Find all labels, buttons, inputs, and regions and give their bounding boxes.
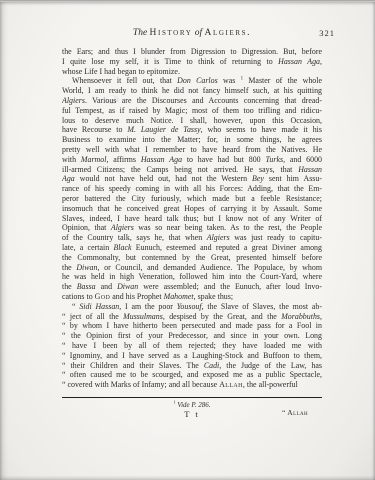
text-line: “ Sidi Hassan, I am the poor Yousouf, th…	[62, 302, 322, 312]
text-segment: Algiers	[62, 96, 85, 105]
text-segment: the	[62, 263, 76, 272]
text-line: “ often caused me to be scourged, and ex…	[62, 370, 322, 380]
text-segment: would not have held out, had not the Wes…	[75, 174, 252, 183]
text-line: Aga would not have held out, had not the…	[62, 174, 322, 184]
page-number: 321	[319, 28, 335, 38]
text-segment: Hassan Aga	[141, 155, 182, 164]
text-segment: , affirms	[106, 155, 140, 164]
page-paper: The History of Algiers. 321 the Ears; an…	[0, 0, 375, 419]
text-line: I quite lose my self, it is Time to thin…	[62, 57, 322, 67]
text-segment: . Various are the Discourses and Account…	[85, 96, 322, 105]
text-segment: Vide P. 286.	[177, 401, 210, 409]
text-segment: Algiers.	[205, 28, 252, 38]
text-segment: , the Slave of Slaves, the most ab-	[202, 302, 322, 311]
text-segment: Allah	[219, 380, 243, 389]
text-segment: late, a certain	[62, 243, 113, 252]
text-segment: Hassan Aga	[278, 57, 320, 66]
text-line: “ have I been by all of them rejected; t…	[62, 341, 322, 351]
text-segment: Hassan	[298, 165, 322, 174]
text-segment: Aga	[62, 174, 75, 183]
text-line: Opinion, that Algiers was so near being …	[62, 223, 322, 233]
text-segment: History	[150, 28, 193, 38]
text-segment: Allah	[287, 408, 308, 417]
text-block: The History of Algiers. 321 the Ears; an…	[62, 27, 322, 419]
text-segment: was so near being taken. As to the rest,…	[134, 223, 322, 232]
text-segment: Master of the whole	[243, 76, 322, 85]
text-segment: Mussulmans	[123, 312, 163, 321]
text-segment: and	[96, 282, 117, 291]
text-segment: The	[133, 28, 150, 38]
text-line: “ ject of all the Mussulmans, despised b…	[62, 312, 322, 322]
text-segment: Cadi	[204, 361, 219, 370]
text-segment: “ by whom I have hitherto been persecute…	[62, 321, 322, 330]
text-segment: Diwan	[76, 263, 97, 272]
text-segment: he was held in high Veneration, followed…	[62, 272, 322, 281]
text-segment: ill-armed Citizens; the Camps being not …	[62, 165, 298, 174]
text-segment: with	[62, 155, 81, 164]
text-line: the Commonalty, but contemned by the Gre…	[62, 253, 322, 263]
text-segment: to have had but 800	[182, 155, 265, 164]
text-line: ill-armed Citizens; the Camps being not …	[62, 165, 322, 175]
text-line: insomuch that he conceived great Hopes o…	[62, 204, 322, 214]
text-segment: Opinion, that	[62, 223, 111, 232]
text-segment: whose Life I had began to epitomize.	[62, 67, 180, 76]
text-segment: ,	[320, 312, 322, 321]
text-segment: of the Country talk, says he, that when	[62, 233, 207, 242]
text-segment: was	[218, 76, 241, 85]
text-line: the Ears; and thus I blunder from Digres…	[62, 47, 322, 57]
text-segment: Bey	[252, 174, 264, 183]
text-line: Whensoever it fell out, that Don Carlos …	[62, 76, 322, 86]
signature-mark: T t	[184, 409, 200, 419]
text-line: pretty well with what I remember to have…	[62, 145, 322, 155]
paragraph: Whensoever it fell out, that Don Carlos …	[62, 76, 322, 301]
text-line: Slaves, indeed, I have heard talk thus; …	[62, 214, 322, 224]
text-line: “ the Opinion first of your Predecessor,…	[62, 331, 322, 341]
text-segment: “ the Opinion first of your Predecessor,…	[62, 331, 322, 340]
text-segment: rance of his speedy coming in with all h…	[62, 184, 322, 193]
text-segment: God	[95, 292, 111, 301]
signature-row: T t “ Allah	[62, 409, 322, 419]
text-segment: Algiers	[111, 223, 134, 232]
text-line: lous to deserve much Notice. I shall, ho…	[62, 116, 322, 126]
text-segment: Morabbuths	[281, 312, 320, 321]
text-segment: Yousouf	[177, 302, 202, 311]
text-line: whose Life I had began to epitomize.	[62, 67, 322, 77]
text-segment: ful Tempest, as if raised by Magic; most…	[62, 106, 322, 115]
page-title: The History of Algiers.	[62, 27, 322, 39]
text-segment: the Ears; and thus I blunder from Digres…	[62, 47, 322, 56]
text-line: cations to God and his Prophet Mahomet, …	[62, 292, 322, 302]
text-segment: Don Carlos	[177, 76, 218, 85]
text-line: “ covered with Marks of Infamy; and all …	[62, 380, 322, 390]
text-line: Business to examine into the Matter; for…	[62, 135, 322, 145]
text-line: Algiers. Various are the Discourses and …	[62, 96, 322, 106]
text-segment: Eunuch, esteemed and reputed a great Div…	[132, 243, 322, 252]
text-line: with Marmol, affirms Hassan Aga to have …	[62, 155, 322, 165]
text-segment: Turks	[265, 155, 283, 164]
text-segment: Business to examine into the Matter; for…	[62, 135, 322, 144]
scan-edge-shadow	[0, 0, 375, 2]
text-segment: “ ject of all the	[62, 312, 123, 321]
text-line: “ their Children and their Slaves. The C…	[62, 361, 322, 371]
text-line: the Bassa and Diwan were assembled; and …	[62, 282, 322, 292]
text-segment: , or Council, and demanded Audience. The…	[98, 263, 322, 272]
text-segment: pretty well with what I remember to have…	[62, 145, 322, 154]
text-segment: World, I am ready to think he did not fa…	[62, 86, 322, 95]
text-segment: “ covered with Marks of Infamy; and all …	[62, 380, 219, 389]
text-segment: cations to	[62, 292, 95, 301]
text-segment: Black	[113, 243, 131, 252]
text-segment: Whensoever it fell out, that	[72, 76, 177, 85]
text-segment: Slaves, indeed, I have heard talk thus; …	[62, 214, 322, 223]
text-segment: insomuch that he conceived great Hopes o…	[62, 204, 322, 213]
text-segment: sent him Assu-	[264, 174, 322, 183]
text-segment: , who seems to have made it his	[201, 125, 322, 134]
body-text: the Ears; and thus I blunder from Digres…	[62, 47, 322, 390]
text-line: have Recourse to M. Laugier de Tassy, wh…	[62, 125, 322, 135]
text-segment: “ often caused me to be scourged, and ex…	[62, 370, 322, 379]
text-line: late, a certain Black Eunuch, esteemed a…	[62, 243, 322, 253]
text-segment: peror battered the City furiously, which…	[62, 194, 322, 203]
text-line: “ by whom I have hitherto been persecute…	[62, 321, 322, 331]
text-line: of the Country talk, says he, that when …	[62, 233, 322, 243]
paragraph: “ Sidi Hassan, I am the poor Yousouf, th…	[62, 302, 322, 390]
text-segment: the	[62, 282, 77, 291]
text-segment: Diwan	[117, 282, 138, 291]
text-segment: , I am the poor	[119, 302, 176, 311]
scanned-book-page: The History of Algiers. 321 the Ears; an…	[0, 0, 375, 480]
text-segment: M. Laugier de Tassy	[127, 125, 200, 134]
text-segment: and his Prophet	[110, 292, 163, 301]
text-segment: , the Judge of the Law, has	[219, 361, 322, 370]
text-segment: Algiers	[207, 233, 230, 242]
page-footer: 1 Vide P. 286. T t “ Allah	[62, 397, 322, 419]
text-segment: were assembled; and the Eunuch, after lo…	[138, 282, 322, 291]
text-segment: Bassa	[77, 282, 96, 291]
text-segment: I quite lose my self, it is Time to thin…	[62, 57, 278, 66]
text-line: peror battered the City furiously, which…	[62, 194, 322, 204]
running-header: The History of Algiers. 321	[62, 27, 322, 40]
text-segment: ,	[320, 57, 322, 66]
text-segment: lous to deserve much Notice. I shall, ho…	[62, 116, 322, 125]
text-segment: Marmol	[81, 155, 107, 164]
text-segment: , spake thus;	[194, 292, 234, 301]
text-segment: the Commonalty, but contemned by the Gre…	[62, 253, 322, 262]
paragraph: the Ears; and thus I blunder from Digres…	[62, 47, 322, 76]
text-line: rance of his speedy coming in with all h…	[62, 184, 322, 194]
text-segment: “ their Children and their Slaves. The	[62, 361, 204, 370]
text-segment: have Recourse to	[62, 125, 127, 134]
text-line: World, I am ready to think he did not fa…	[62, 86, 322, 96]
text-line: “ Ignominy, and I have served as a Laugh…	[62, 351, 322, 361]
text-segment: , and 6000	[283, 155, 322, 164]
text-segment: Sidi Hassan	[79, 302, 119, 311]
text-segment: was just ready to capitu-	[230, 233, 322, 242]
footnote-rule	[62, 397, 322, 398]
text-segment: , despised by the Great, and the	[163, 312, 281, 321]
text-line: ful Tempest, as if raised by Magic; most…	[62, 106, 322, 116]
text-segment: Mahomet	[164, 292, 194, 301]
text-segment: , the all-powerful	[243, 380, 298, 389]
text-line: the Diwan, or Council, and demanded Audi…	[62, 263, 322, 273]
text-segment: “ have I been by all of them rejected; t…	[62, 341, 322, 350]
catchword: “ Allah	[282, 408, 308, 418]
text-segment: “ Ignominy, and I have served as a Laugh…	[62, 351, 322, 360]
text-line: he was held in high Veneration, followed…	[62, 272, 322, 282]
